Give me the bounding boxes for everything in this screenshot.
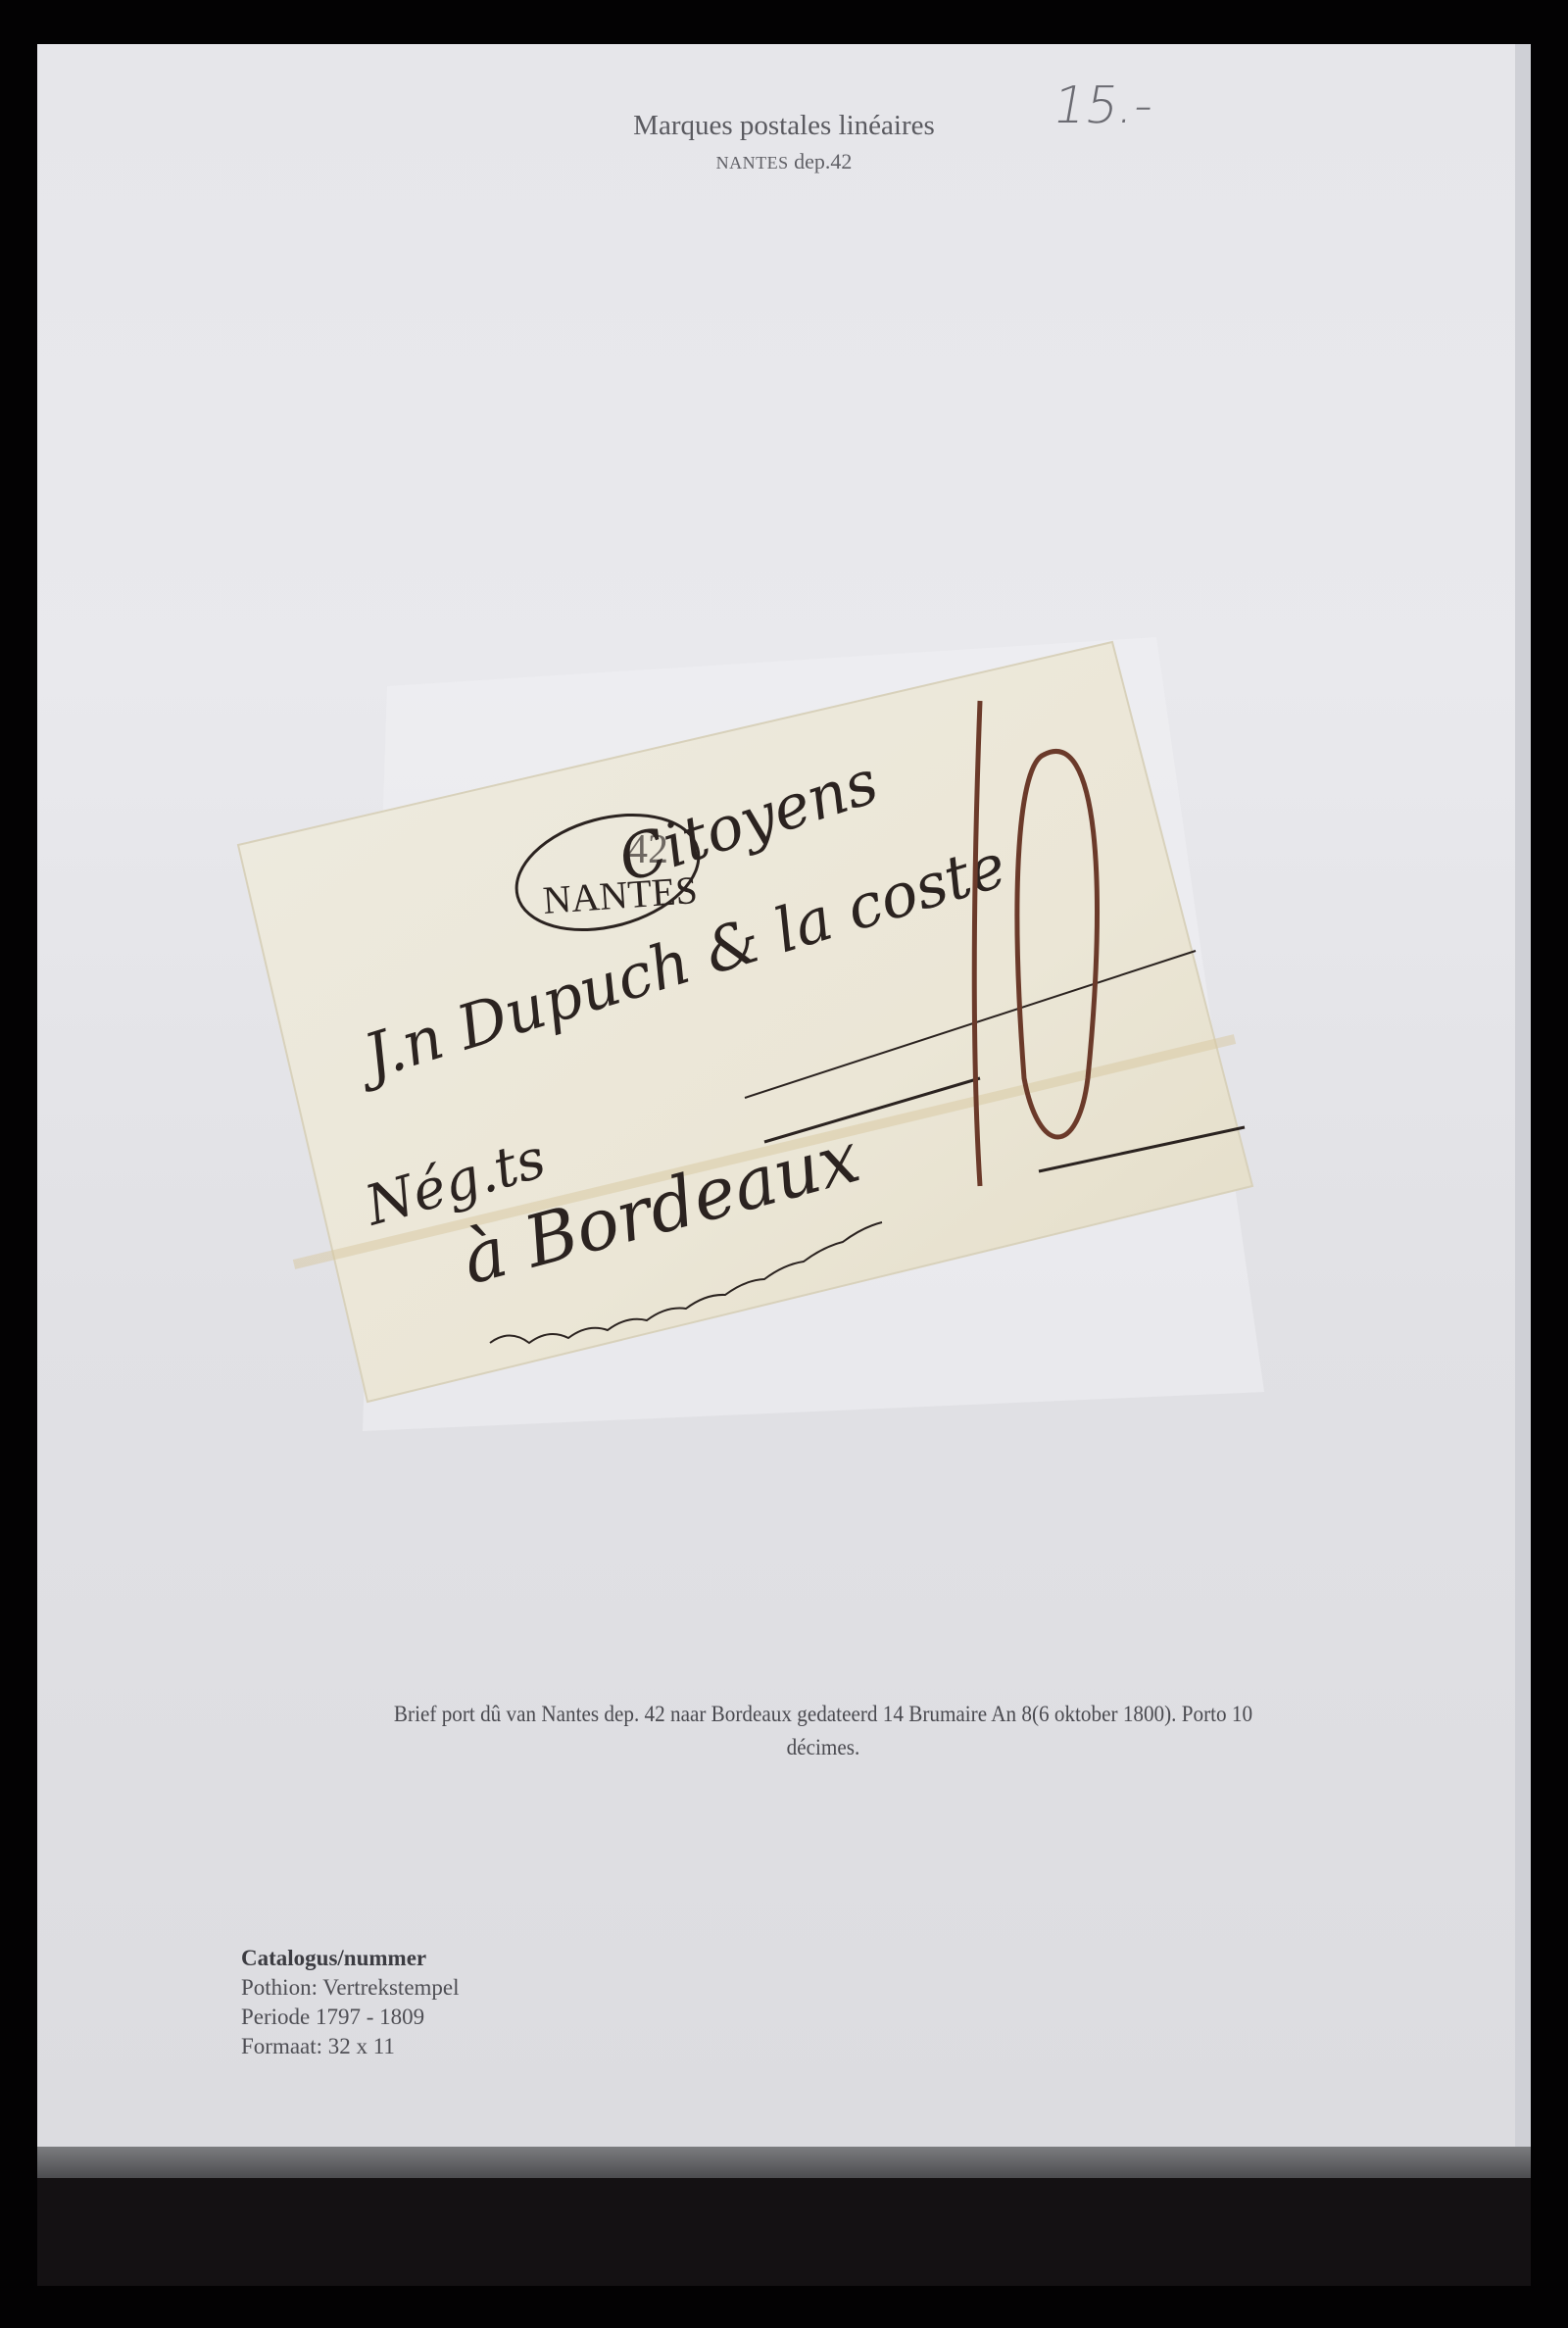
catalog-info: Catalogus/nummer Pothion: Vertrekstempel… xyxy=(241,1944,460,2061)
caption-line-2: décimes. xyxy=(318,1731,1328,1764)
letter-cover: 42 NANTES Citoyens J.n Dupuch & la coste… xyxy=(0,0,1568,2328)
caption-line-1: Brief port dû van Nantes dep. 42 naar Bo… xyxy=(318,1698,1328,1731)
catalog-line: Formaat: 32 x 11 xyxy=(241,2032,460,2061)
caption: Brief port dû van Nantes dep. 42 naar Bo… xyxy=(318,1698,1328,1764)
catalog-heading: Catalogus/nummer xyxy=(241,1944,460,1973)
letter-illustration: 42 NANTES Citoyens J.n Dupuch & la coste… xyxy=(0,0,1568,2328)
postage-due-value: 10 xyxy=(0,0,2,1)
catalog-line: Pothion: Vertrekstempel xyxy=(241,1973,460,2003)
catalog-line: Periode 1797 - 1809 xyxy=(241,2003,460,2032)
